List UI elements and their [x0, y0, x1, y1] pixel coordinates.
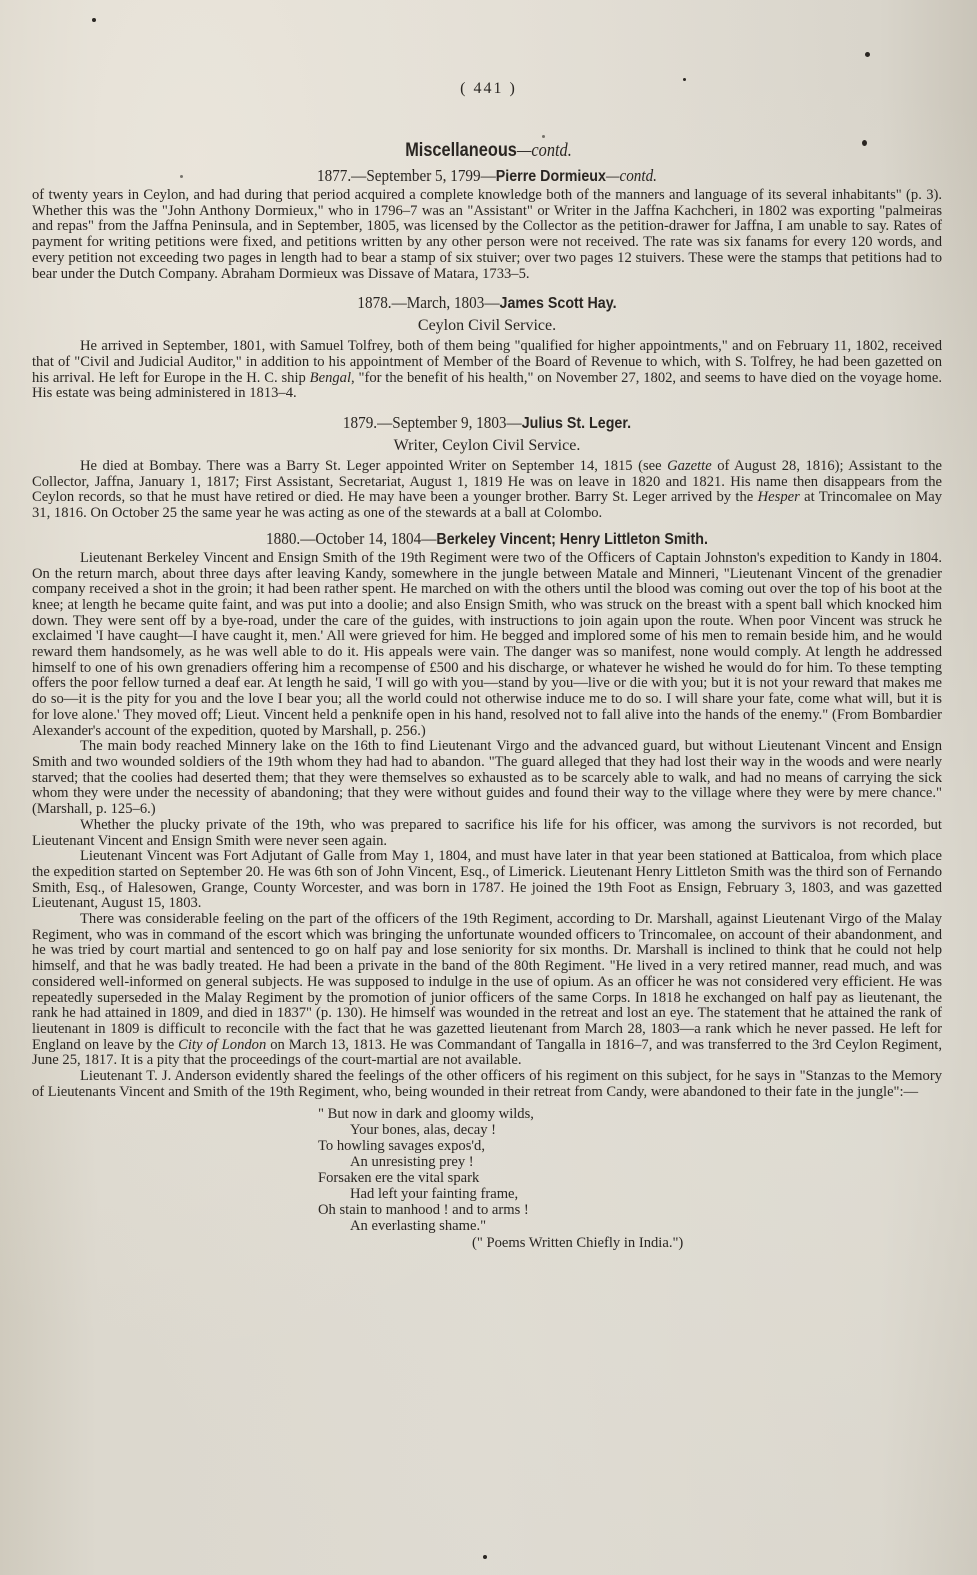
- section-title-suffix: —contd.: [517, 140, 572, 161]
- entry-name: Julius St. Leger.: [522, 415, 631, 432]
- paper-speck: [862, 140, 867, 146]
- entry-subheading: Writer, Ceylon Civil Service.: [32, 435, 942, 457]
- entry-paragraph: Lieutenant T. J. Anderson evidently shar…: [32, 1069, 942, 1100]
- entry-heading-1878: 1878.—March, 1803—James Scott Hay.: [68, 292, 905, 315]
- entry-name: Pierre Dormieux: [496, 168, 606, 185]
- paper-speck: [92, 18, 96, 22]
- poem-source: (" Poems Written Chiefly in India."): [472, 1234, 942, 1252]
- entry-paragraph: Whether the plucky private of the 19th, …: [32, 818, 942, 849]
- entry-paragraph: Lieutenant Vincent was Fort Adjutant of …: [32, 849, 942, 912]
- paper-speck: [865, 52, 870, 57]
- poem-line: Oh stain to manhood ! and to arms !: [318, 1202, 942, 1218]
- entry-paragraph: There was considerable feeling on the pa…: [32, 912, 942, 1069]
- poem-line: Your bones, alas, decay !: [318, 1122, 942, 1138]
- paper-speck: [180, 175, 183, 178]
- paper-speck: [483, 1555, 487, 1559]
- entry-paragraph: of twenty years in Ceylon, and had durin…: [32, 188, 942, 282]
- entry-heading-1880: 1880.—October 14, 1804—Berkeley Vincent;…: [68, 528, 905, 551]
- poem-line: An unresisting prey !: [318, 1154, 942, 1170]
- entry-paragraph: He died at Bombay. There was a Barry St.…: [32, 459, 942, 522]
- poem-line: " But now in dark and gloomy wilds,: [318, 1106, 942, 1122]
- page-number: ( 441 ): [0, 80, 977, 98]
- entry-paragraph: The main body reached Minnery lake on th…: [32, 739, 942, 818]
- poem-line: Forsaken ere the vital spark: [318, 1170, 942, 1186]
- content-body: 1877.—September 5, 1799—Pierre Dormieux—…: [32, 165, 942, 1252]
- entry-paragraph: Lieutenant Berkeley Vincent and Ensign S…: [32, 551, 942, 739]
- section-title: Miscellaneous—contd.: [68, 140, 908, 162]
- poem-line: An everlasting shame.": [318, 1218, 942, 1234]
- paper-speck: [542, 135, 545, 138]
- document-page: ( 441 ) Miscellaneous—contd. 1877.—Septe…: [0, 0, 977, 1575]
- entry-heading-1879: 1879.—September 9, 1803—Julius St. Leger…: [68, 412, 905, 435]
- entry-name: James Scott Hay.: [500, 295, 617, 312]
- poem-line: Had left your fainting frame,: [318, 1186, 942, 1202]
- entry-paragraph: He arrived in September, 1801, with Samu…: [32, 339, 942, 402]
- entry-heading-1877: 1877.—September 5, 1799—Pierre Dormieux—…: [68, 165, 905, 188]
- section-title-main: Miscellaneous: [405, 140, 517, 161]
- paper-speck: [683, 78, 686, 81]
- poem-stanza: " But now in dark and gloomy wilds, Your…: [318, 1106, 942, 1234]
- entry-name: Berkeley Vincent; Henry Littleton Smith.: [436, 531, 708, 548]
- entry-subheading: Ceylon Civil Service.: [32, 315, 942, 337]
- poem-line: To howling savages expos'd,: [318, 1138, 942, 1154]
